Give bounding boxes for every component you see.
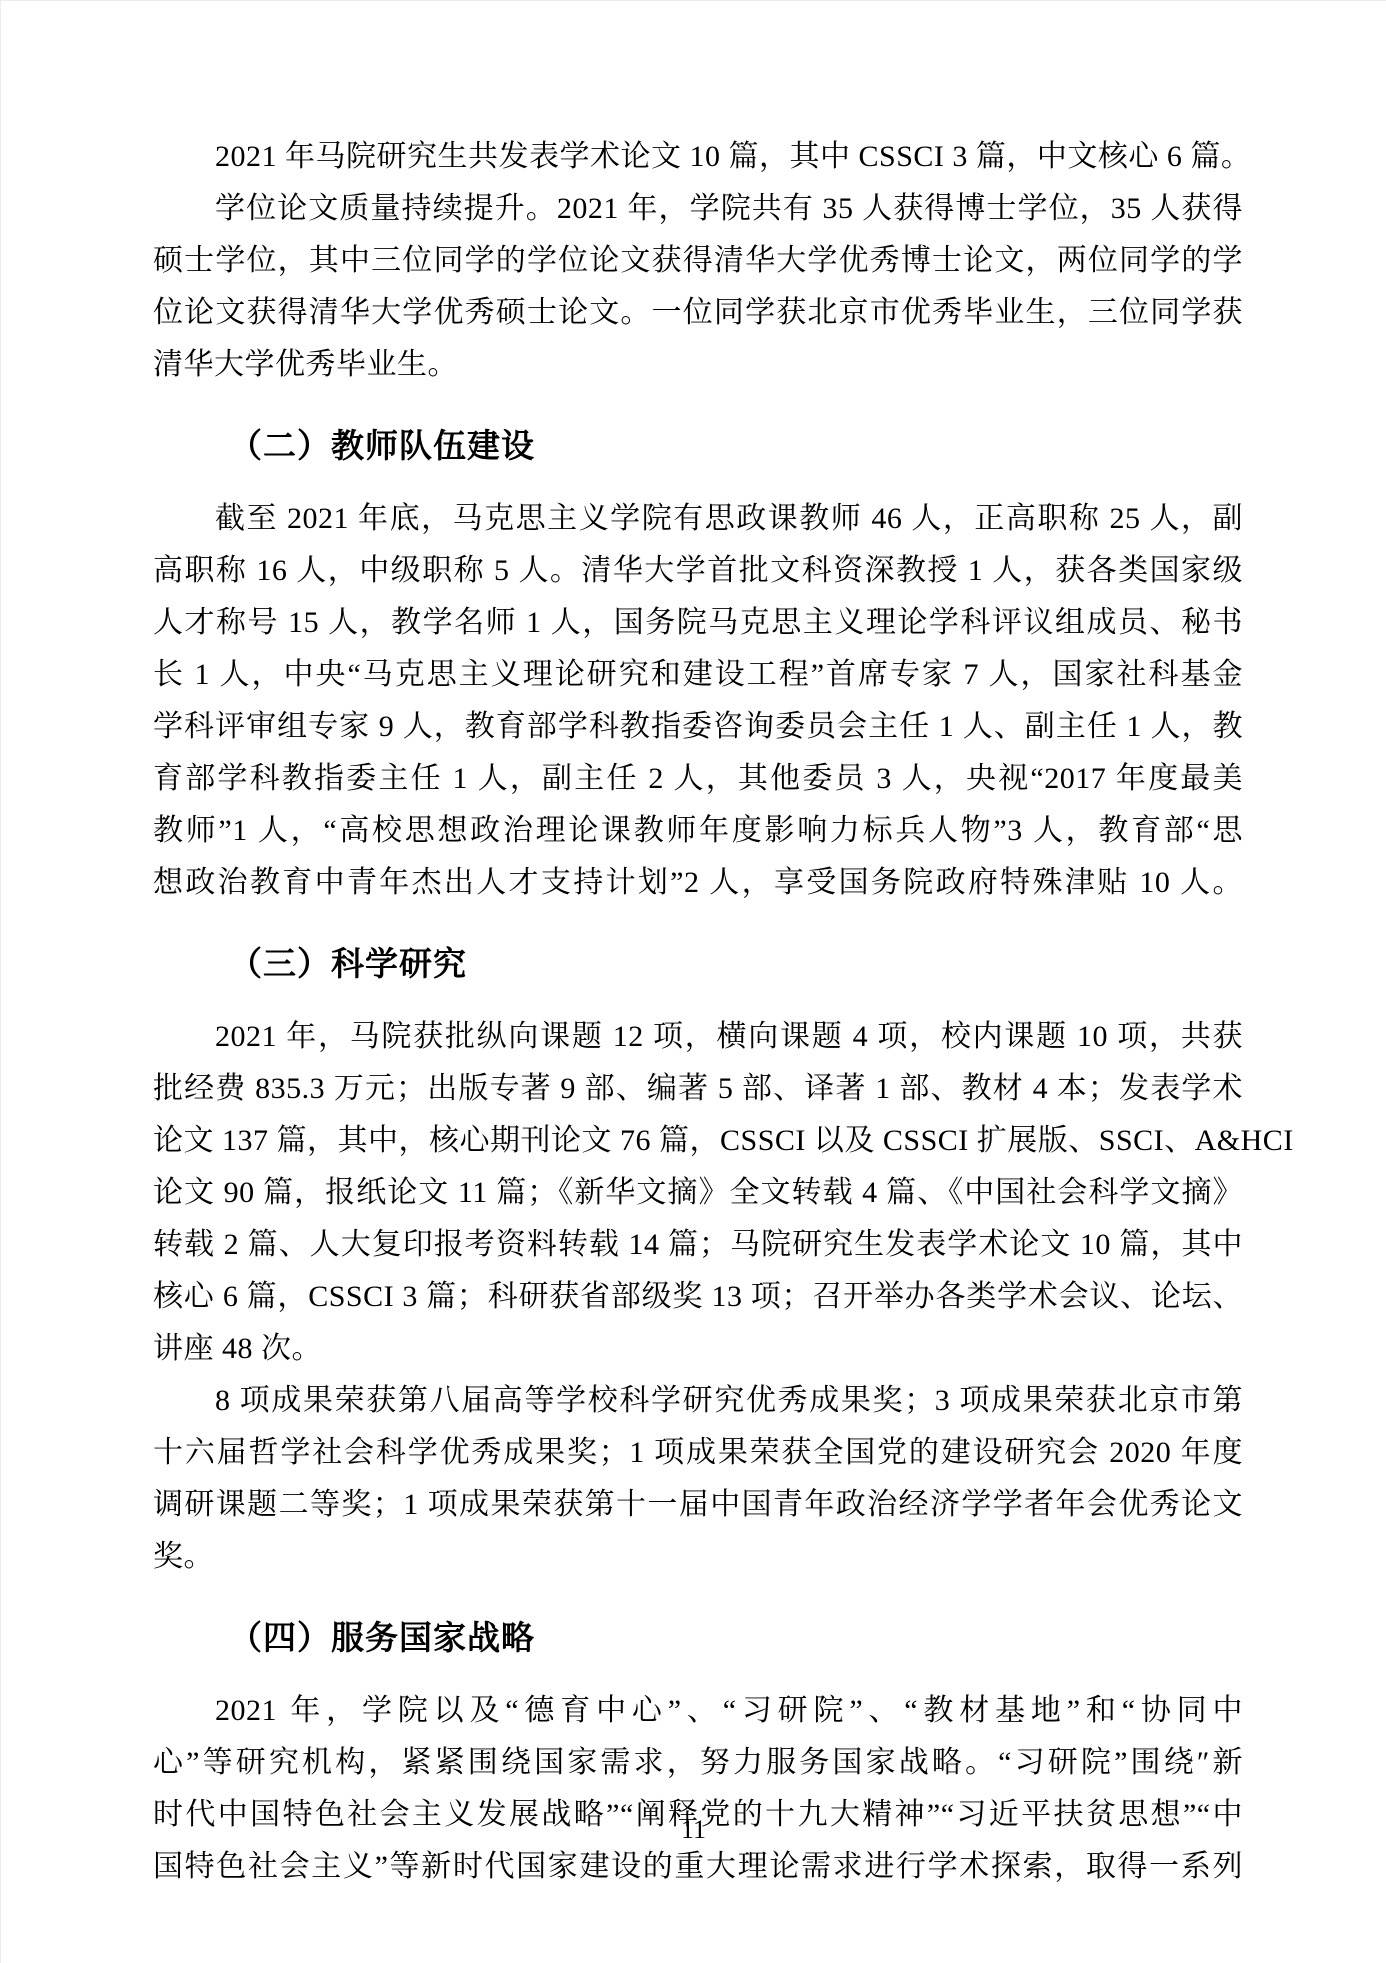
text-line: 国特色社会主义”等新时代国家建设的重大理论需求进行学术探索，取得一系列	[153, 1841, 1243, 1893]
text-line: 转载 2 篇、人大复印报考资料转载 14 篇；马院研究生发表学术论文 10 篇，…	[153, 1219, 1243, 1271]
text-line: 高职称 16 人，中级职称 5 人。清华大学首批文科资深教授 1 人，获各类国家…	[153, 545, 1243, 597]
section-heading: （四）服务国家战略	[153, 1615, 1243, 1661]
text-line: 调研课题二等奖；1 项成果荣获第十一届中国青年政治经济学学者年会优秀论文	[153, 1479, 1243, 1531]
text-line: 十六届哲学社会科学优秀成果奖；1 项成果荣获全国党的建设研究会 2020 年度	[153, 1427, 1243, 1479]
text-line: 想政治教育中青年杰出人才支持计划”2 人，享受国务院政府特殊津贴 10 人。	[153, 857, 1243, 909]
text-line: 教师”1 人，“高校思想政治理论课教师年度影响力标兵人物”3 人，教育部“思	[153, 805, 1243, 857]
text-line: 心”等研究机构，紧紧围绕国家需求，努力服务国家战略。“习研院”围绕″新	[153, 1737, 1243, 1789]
text-line: 学位论文质量持续提升。2021 年，学院共有 35 人获得博士学位，35 人获得	[153, 183, 1243, 235]
text-line: 清华大学优秀毕业生。	[153, 339, 1243, 391]
text-line: 2021 年马院研究生共发表学术论文 10 篇，其中 CSSCI 3 篇，中文核…	[153, 131, 1243, 183]
text-line: 长 1 人，中央“马克思主义理论研究和建设工程”首席专家 7 人，国家社科基金	[153, 649, 1243, 701]
text-line: 论文 90 篇，报纸论文 11 篇；《新华文摘》全文转载 4 篇、《中国社会科学…	[153, 1167, 1243, 1219]
text-line: 2021 年，马院获批纵向课题 12 项，横向课题 4 项，校内课题 10 项，…	[153, 1011, 1243, 1063]
text-line: 截至 2021 年底，马克思主义学院有思政课教师 46 人，正高职称 25 人，…	[153, 493, 1243, 545]
paragraph: 8 项成果荣获第八届高等学校科学研究优秀成果奖；3 项成果荣获北京市第十六届哲学…	[153, 1375, 1243, 1583]
text-line: 位论文获得清华大学优秀硕士论文。一位同学获北京市优秀毕业生，三位同学获	[153, 287, 1243, 339]
text-line: 批经费 835.3 万元；出版专著 9 部、编著 5 部、译著 1 部、教材 4…	[153, 1063, 1243, 1115]
paragraph: 截至 2021 年底，马克思主义学院有思政课教师 46 人，正高职称 25 人，…	[153, 493, 1243, 909]
text-line: 2021 年，学院以及“德育中心”、“习研院”、“教材基地”和“协同中	[153, 1685, 1243, 1737]
section-heading: （三）科学研究	[153, 941, 1243, 987]
text-line: 论文 137 篇，其中，核心期刊论文 76 篇，CSSCI 以及 CSSCI 扩…	[153, 1115, 1243, 1167]
text-line: 学科评审组专家 9 人，教育部学科教指委咨询委员会主任 1 人、副主任 1 人，…	[153, 701, 1243, 753]
page-number: 11	[1, 1815, 1386, 1845]
paragraph: 2021 年马院研究生共发表学术论文 10 篇，其中 CSSCI 3 篇，中文核…	[153, 131, 1243, 183]
text-line: 硕士学位，其中三位同学的学位论文获得清华大学优秀博士论文，两位同学的学	[153, 235, 1243, 287]
section-heading: （二）教师队伍建设	[153, 423, 1243, 469]
paragraph: 2021 年，学院以及“德育中心”、“习研院”、“教材基地”和“协同中心”等研究…	[153, 1685, 1243, 1893]
text-line: 育部学科教指委主任 1 人，副主任 2 人，其他委员 3 人，央视“2017 年…	[153, 753, 1243, 805]
text-line: 8 项成果荣获第八届高等学校科学研究优秀成果奖；3 项成果荣获北京市第	[153, 1375, 1243, 1427]
text-line: 核心 6 篇，CSSCI 3 篇；科研获省部级奖 13 项；召开举办各类学术会议…	[153, 1271, 1243, 1323]
paragraph: 2021 年，马院获批纵向课题 12 项，横向课题 4 项，校内课题 10 项，…	[153, 1011, 1243, 1375]
paragraph: 学位论文质量持续提升。2021 年，学院共有 35 人获得博士学位，35 人获得…	[153, 183, 1243, 391]
text-line: 奖。	[153, 1531, 1243, 1583]
text-line: 讲座 48 次。	[153, 1323, 1243, 1375]
text-line: 人才称号 15 人，教学名师 1 人，国务院马克思主义理论学科评议组成员、秘书	[153, 597, 1243, 649]
document-page: 2021 年马院研究生共发表学术论文 10 篇，其中 CSSCI 3 篇，中文核…	[0, 0, 1386, 1963]
document-content: 2021 年马院研究生共发表学术论文 10 篇，其中 CSSCI 3 篇，中文核…	[153, 131, 1243, 1893]
